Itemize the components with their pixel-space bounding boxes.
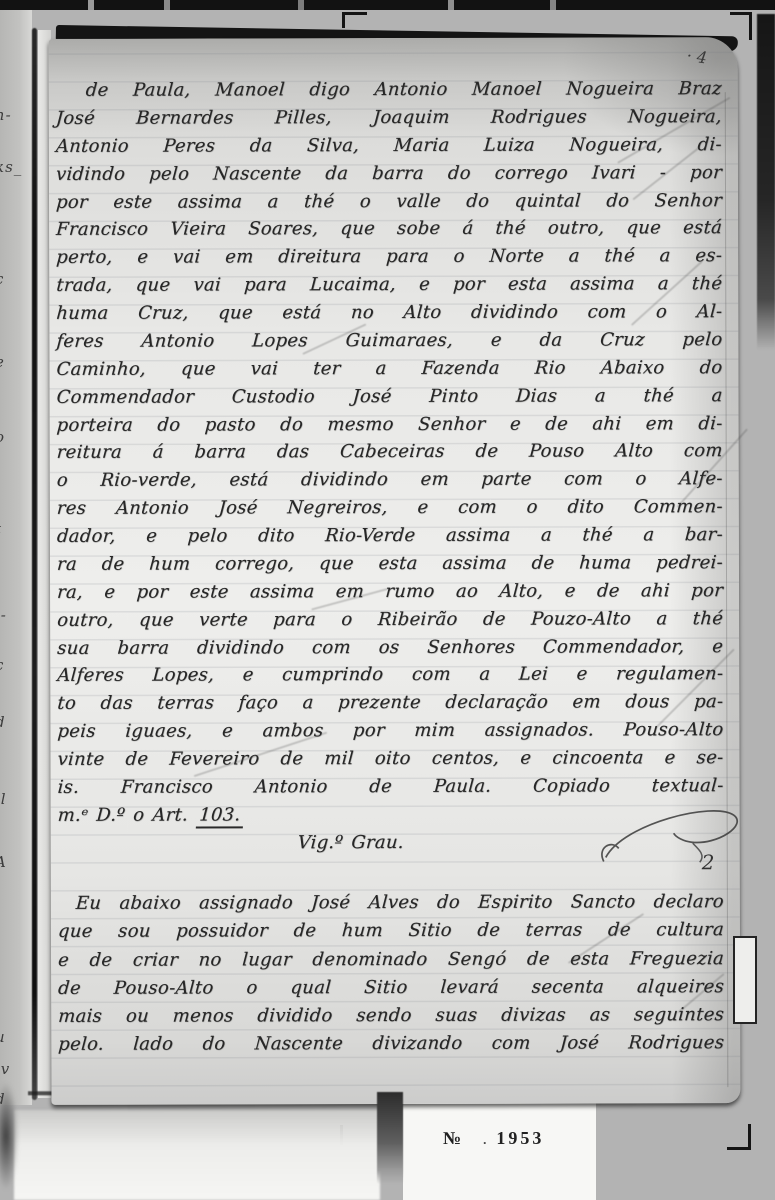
stamp-dot: . xyxy=(483,1132,486,1147)
margin-fragment: c xyxy=(0,658,4,673)
margin-fragment: t xyxy=(0,522,2,537)
manuscript-line: perto, e vai em direitura para o Norte a… xyxy=(55,246,722,268)
manuscript-line: outro, que verte para o Ribeirão de Pouz… xyxy=(56,609,723,631)
margin-fragment: l xyxy=(0,215,1,230)
right-edge-shadow xyxy=(757,14,775,350)
article-prefix: m.ᵉ D.º o Art. xyxy=(57,805,197,826)
manuscript-line: reitura á barra das Cabeceiras de Pouso … xyxy=(56,441,723,463)
registration-mark-bottom-right-icon xyxy=(727,1124,751,1150)
margin-fragment: e xyxy=(0,355,5,370)
manuscript-line: to das terras faço a prezente declaração… xyxy=(57,692,724,714)
film-top-strip xyxy=(0,0,775,10)
margin-fragment: c xyxy=(0,272,4,287)
manuscript-line: Commendador Custodio José Pinto Dias a t… xyxy=(56,386,723,408)
manuscript-line: Antonio Peres da Silva, Maria Luiza Nogu… xyxy=(55,135,722,157)
rubric-flourish-icon: 2 xyxy=(596,795,746,879)
manuscript-line: porteira do pasto do mesmo Senhor e de a… xyxy=(56,414,723,436)
bottom-left-smudge xyxy=(0,1082,18,1190)
catalog-label: №.1953 xyxy=(403,1100,596,1200)
vicar-signature-line: Vig.º Grau. xyxy=(190,833,511,855)
manuscript-line: feres Antonio Lopes Guimaraes, e da Cruz… xyxy=(56,330,723,352)
manuscript-line: por este assima a thé o valle do quintal… xyxy=(55,191,722,213)
manuscript-line: de Pouso-Alto o qual Sitio levará secent… xyxy=(57,977,724,999)
margin-fragment: o xyxy=(0,430,5,445)
svg-text:2: 2 xyxy=(701,850,715,874)
manuscript-line: sua barra dividindo com os Senhores Comm… xyxy=(57,637,724,659)
manuscript-line: de Paula, Manoel digo Antonio Manoel Nog… xyxy=(55,79,722,101)
manuscript-line: José Bernardes Pilles, Joaquim Rodrigues… xyxy=(55,107,722,129)
manuscript-line: huma Cruz, que está no Alto dividindo co… xyxy=(56,302,723,324)
manuscript-paper: · 4 de Paula, Manoel digo Antonio Manoel… xyxy=(49,37,741,1105)
manuscript-line: mais ou menos dividido sendo suas diviza… xyxy=(57,1005,724,1027)
manuscript-line: pelo. lado do Nascente divizando com Jos… xyxy=(58,1033,725,1055)
margin-fragment: h- xyxy=(0,108,12,123)
margin-fragment: d xyxy=(0,715,6,730)
manuscript-line: Alferes Lopes, e cumprindo com a Lei e r… xyxy=(57,664,724,686)
bottom-dark-bar xyxy=(377,1092,403,1184)
manuscript-line: Caminho, que vai ter a Fazenda Rio Abaix… xyxy=(56,358,723,380)
registration-mark-top-left-icon xyxy=(342,12,367,28)
scanned-manuscript-page: h- ks_ l c e o t l- c d il A u iv d №.19… xyxy=(0,0,775,1200)
manuscript-line: trada, que vai para Lucaima, e por esta … xyxy=(56,274,723,296)
bottom-light-area xyxy=(14,1110,380,1200)
margin-fragment: il xyxy=(0,792,7,807)
stamp-number: 1953 xyxy=(496,1128,544,1148)
page-number: · 4 xyxy=(686,48,708,67)
margin-fragment: A xyxy=(0,855,7,870)
manuscript-line: e de criar no lugar denominado Sengó de … xyxy=(57,949,724,971)
right-edge-tab xyxy=(733,936,757,1024)
margin-fragment: l- xyxy=(0,608,7,623)
manuscript-line: vidindo pelo Nascente da barra do correg… xyxy=(55,163,722,185)
margin-fragment: ks_ xyxy=(0,160,22,175)
margin-fragment: iv xyxy=(0,1062,10,1077)
catalog-number-stamp: №.1953 xyxy=(443,1128,544,1149)
manuscript-line: peis iguaes, e ambos por mim assignados.… xyxy=(57,720,724,742)
manuscript-line: dador, e pelo dito Rio-Verde assima a th… xyxy=(56,525,723,547)
numero-sign: № xyxy=(443,1128,461,1148)
manuscript-line: ra de hum corrego, que esta assima de hu… xyxy=(56,553,723,575)
manuscript-line: Francisco Vieira Soares, que sobe á thé … xyxy=(55,218,722,240)
facing-page-edge: h- ks_ l c e o t l- c d il A u iv d xyxy=(0,10,32,1105)
manuscript-line: ra, e por este assima em rumo ao Alto, e… xyxy=(56,581,723,603)
margin-fragment: u xyxy=(0,1030,6,1045)
article-number: 103. xyxy=(195,804,244,828)
manuscript-line: vinte de Fevereiro de mil oito centos, e… xyxy=(57,748,724,770)
book-gutter-shadow xyxy=(32,28,37,1100)
manuscript-line: Eu abaixo assignado José Alves do Espiri… xyxy=(57,892,724,914)
manuscript-line: o Rio-verde, está dividindo em parte com… xyxy=(56,469,723,491)
manuscript-line: res Antonio José Negreiros, e com o dito… xyxy=(56,497,723,519)
